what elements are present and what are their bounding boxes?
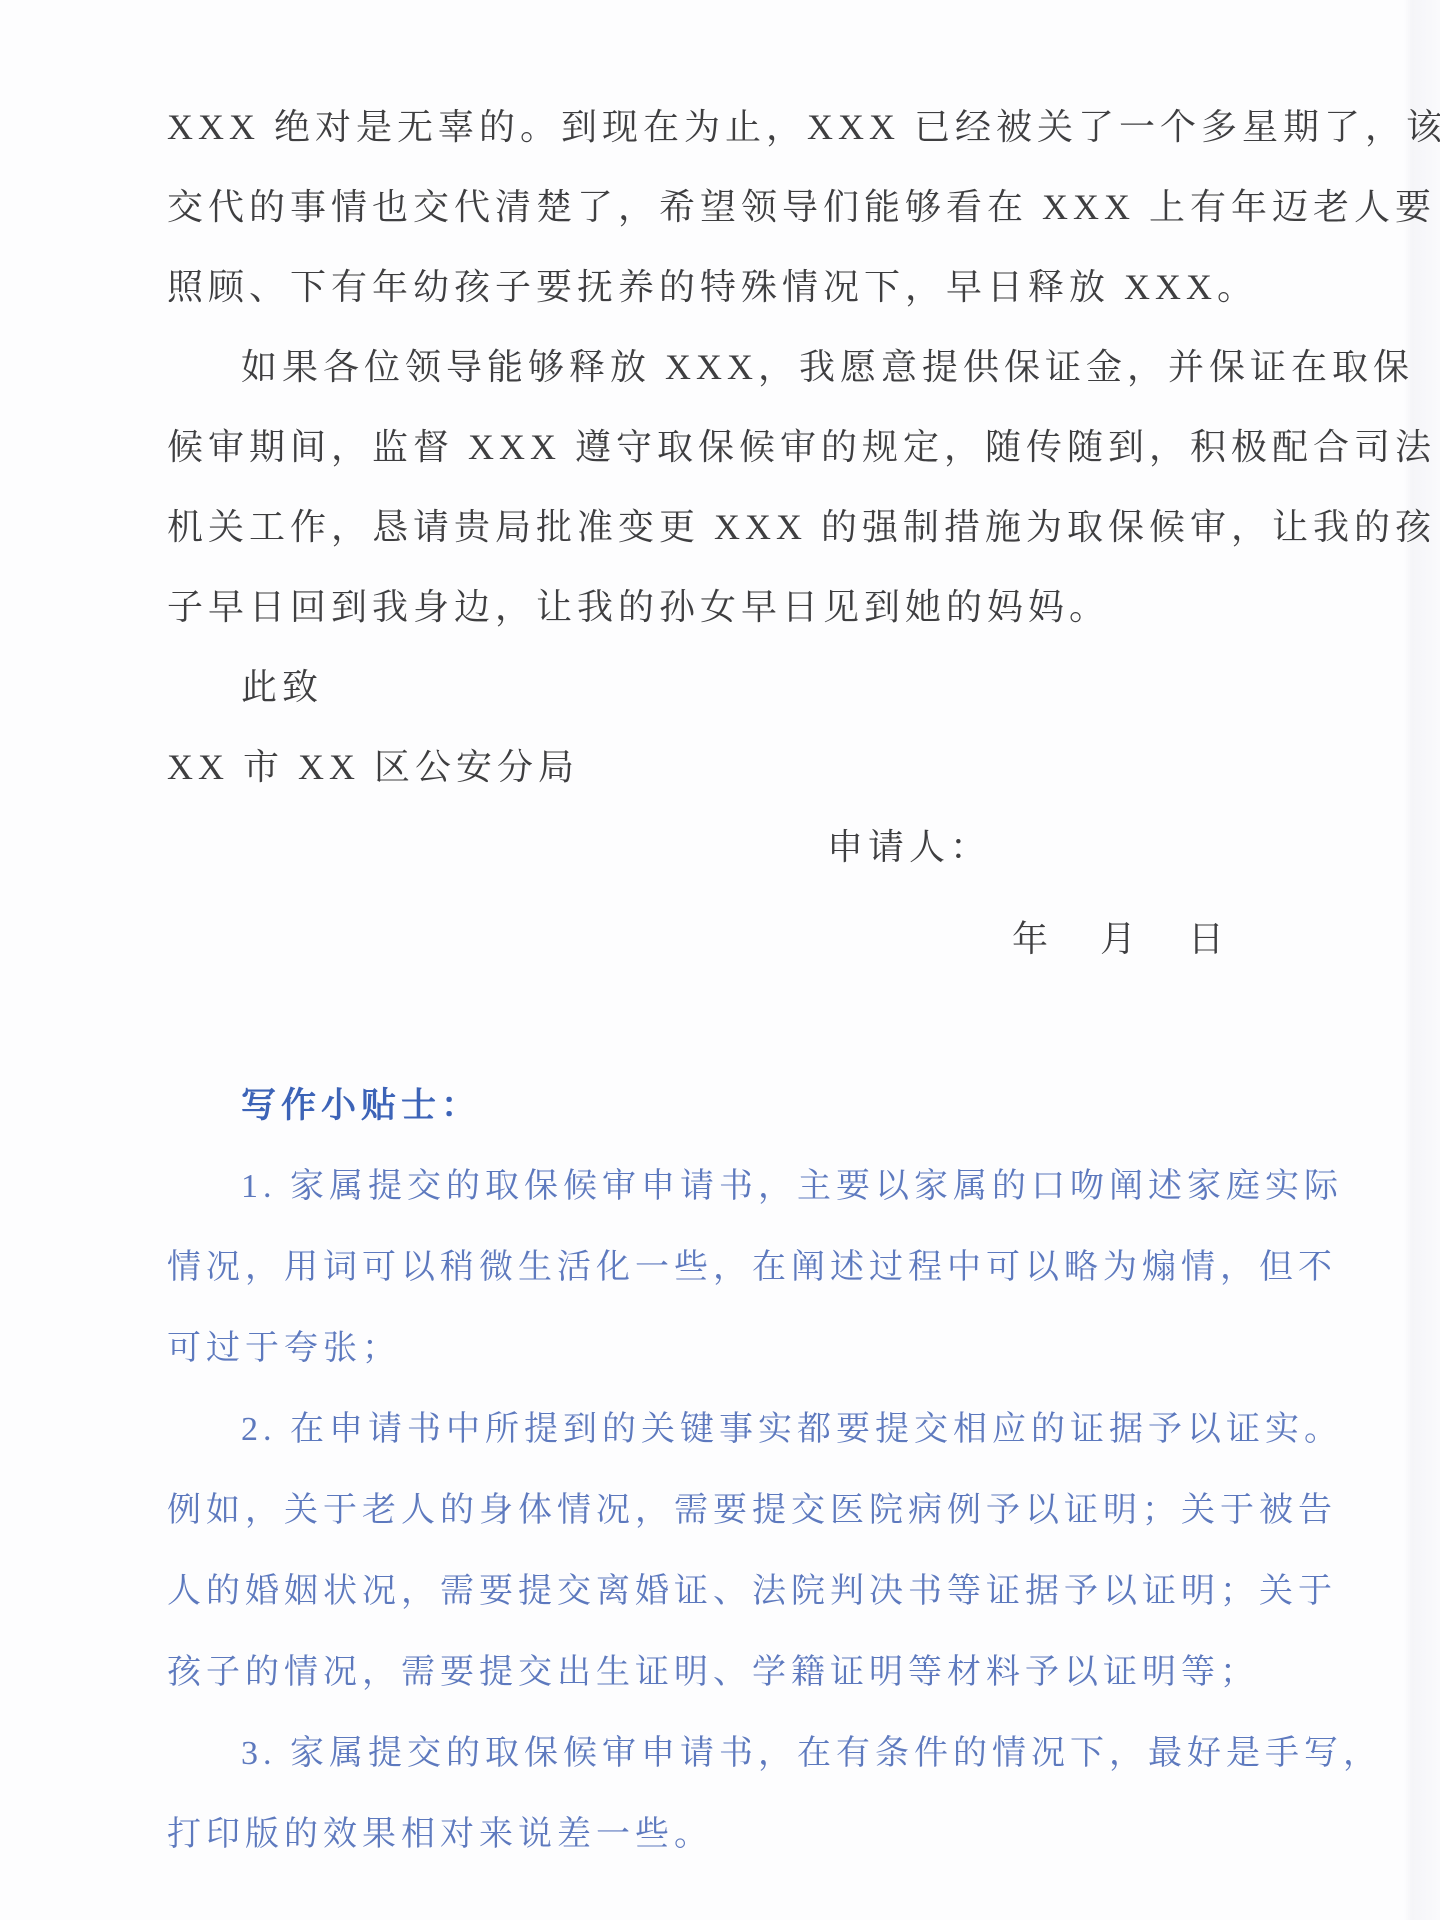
letter-body-line: 照顾、下有年幼孩子要抚养的特殊情况下，早日释放 XXX。 [167, 247, 1300, 327]
closing-line: 此致 [167, 647, 1300, 727]
letter-body-line: 交代的事情也交代清楚了，希望领导们能够看在 XXX 上有年迈老人要 [167, 167, 1300, 247]
tip-line: 2. 在申请书中所提到的关键事实都要提交相应的证据予以证实。 [167, 1389, 1300, 1470]
document-page: XXX 绝对是无辜的。到现在为止，XXX 已经被关了一个多星期了，该 交代的事情… [0, 0, 1440, 1920]
applicant-label: 申请人： [167, 807, 1300, 887]
tip-line: 打印版的效果相对来说差一些。 [167, 1794, 1300, 1875]
letter-body-line: 如果各位领导能够释放 XXX，我愿意提供保证金，并保证在取保 [167, 327, 1300, 407]
tip-line: 例如，关于老人的身体情况，需要提交医院病例予以证明；关于被告 [167, 1470, 1300, 1551]
tip-line: 可过于夸张； [167, 1308, 1300, 1389]
letter-body-line: 子早日回到我身边，让我的孙女早日见到她的妈妈。 [167, 567, 1300, 647]
letter-body-line: XXX 绝对是无辜的。到现在为止，XXX 已经被关了一个多星期了，该 [167, 87, 1300, 167]
tips-heading: 写作小贴士： [167, 1065, 1300, 1146]
letter-body-line: 机关工作，恳请贵局批准变更 XXX 的强制措施为取保候审，让我的孩 [167, 487, 1300, 567]
recipient-line: XX 市 XX 区公安分局 [167, 727, 1300, 807]
date-placeholder-line: 年 月 日 [167, 899, 1300, 979]
tip-line: 3. 家属提交的取保候审申请书，在有条件的情况下，最好是手写， [167, 1713, 1300, 1794]
tip-line: 1. 家属提交的取保候审申请书，主要以家属的口吻阐述家庭实际 [167, 1146, 1300, 1227]
letter-body-line: 候审期间，监督 XXX 遵守取保候审的规定，随传随到，积极配合司法 [167, 407, 1300, 487]
tip-line: 人的婚姻状况，需要提交离婚证、法院判决书等证据予以证明；关于 [167, 1551, 1300, 1632]
tip-line: 孩子的情况，需要提交出生证明、学籍证明等材料予以证明等； [167, 1632, 1300, 1713]
tip-line: 情况，用词可以稍微生活化一些，在阐述过程中可以略为煽情，但不 [167, 1227, 1300, 1308]
